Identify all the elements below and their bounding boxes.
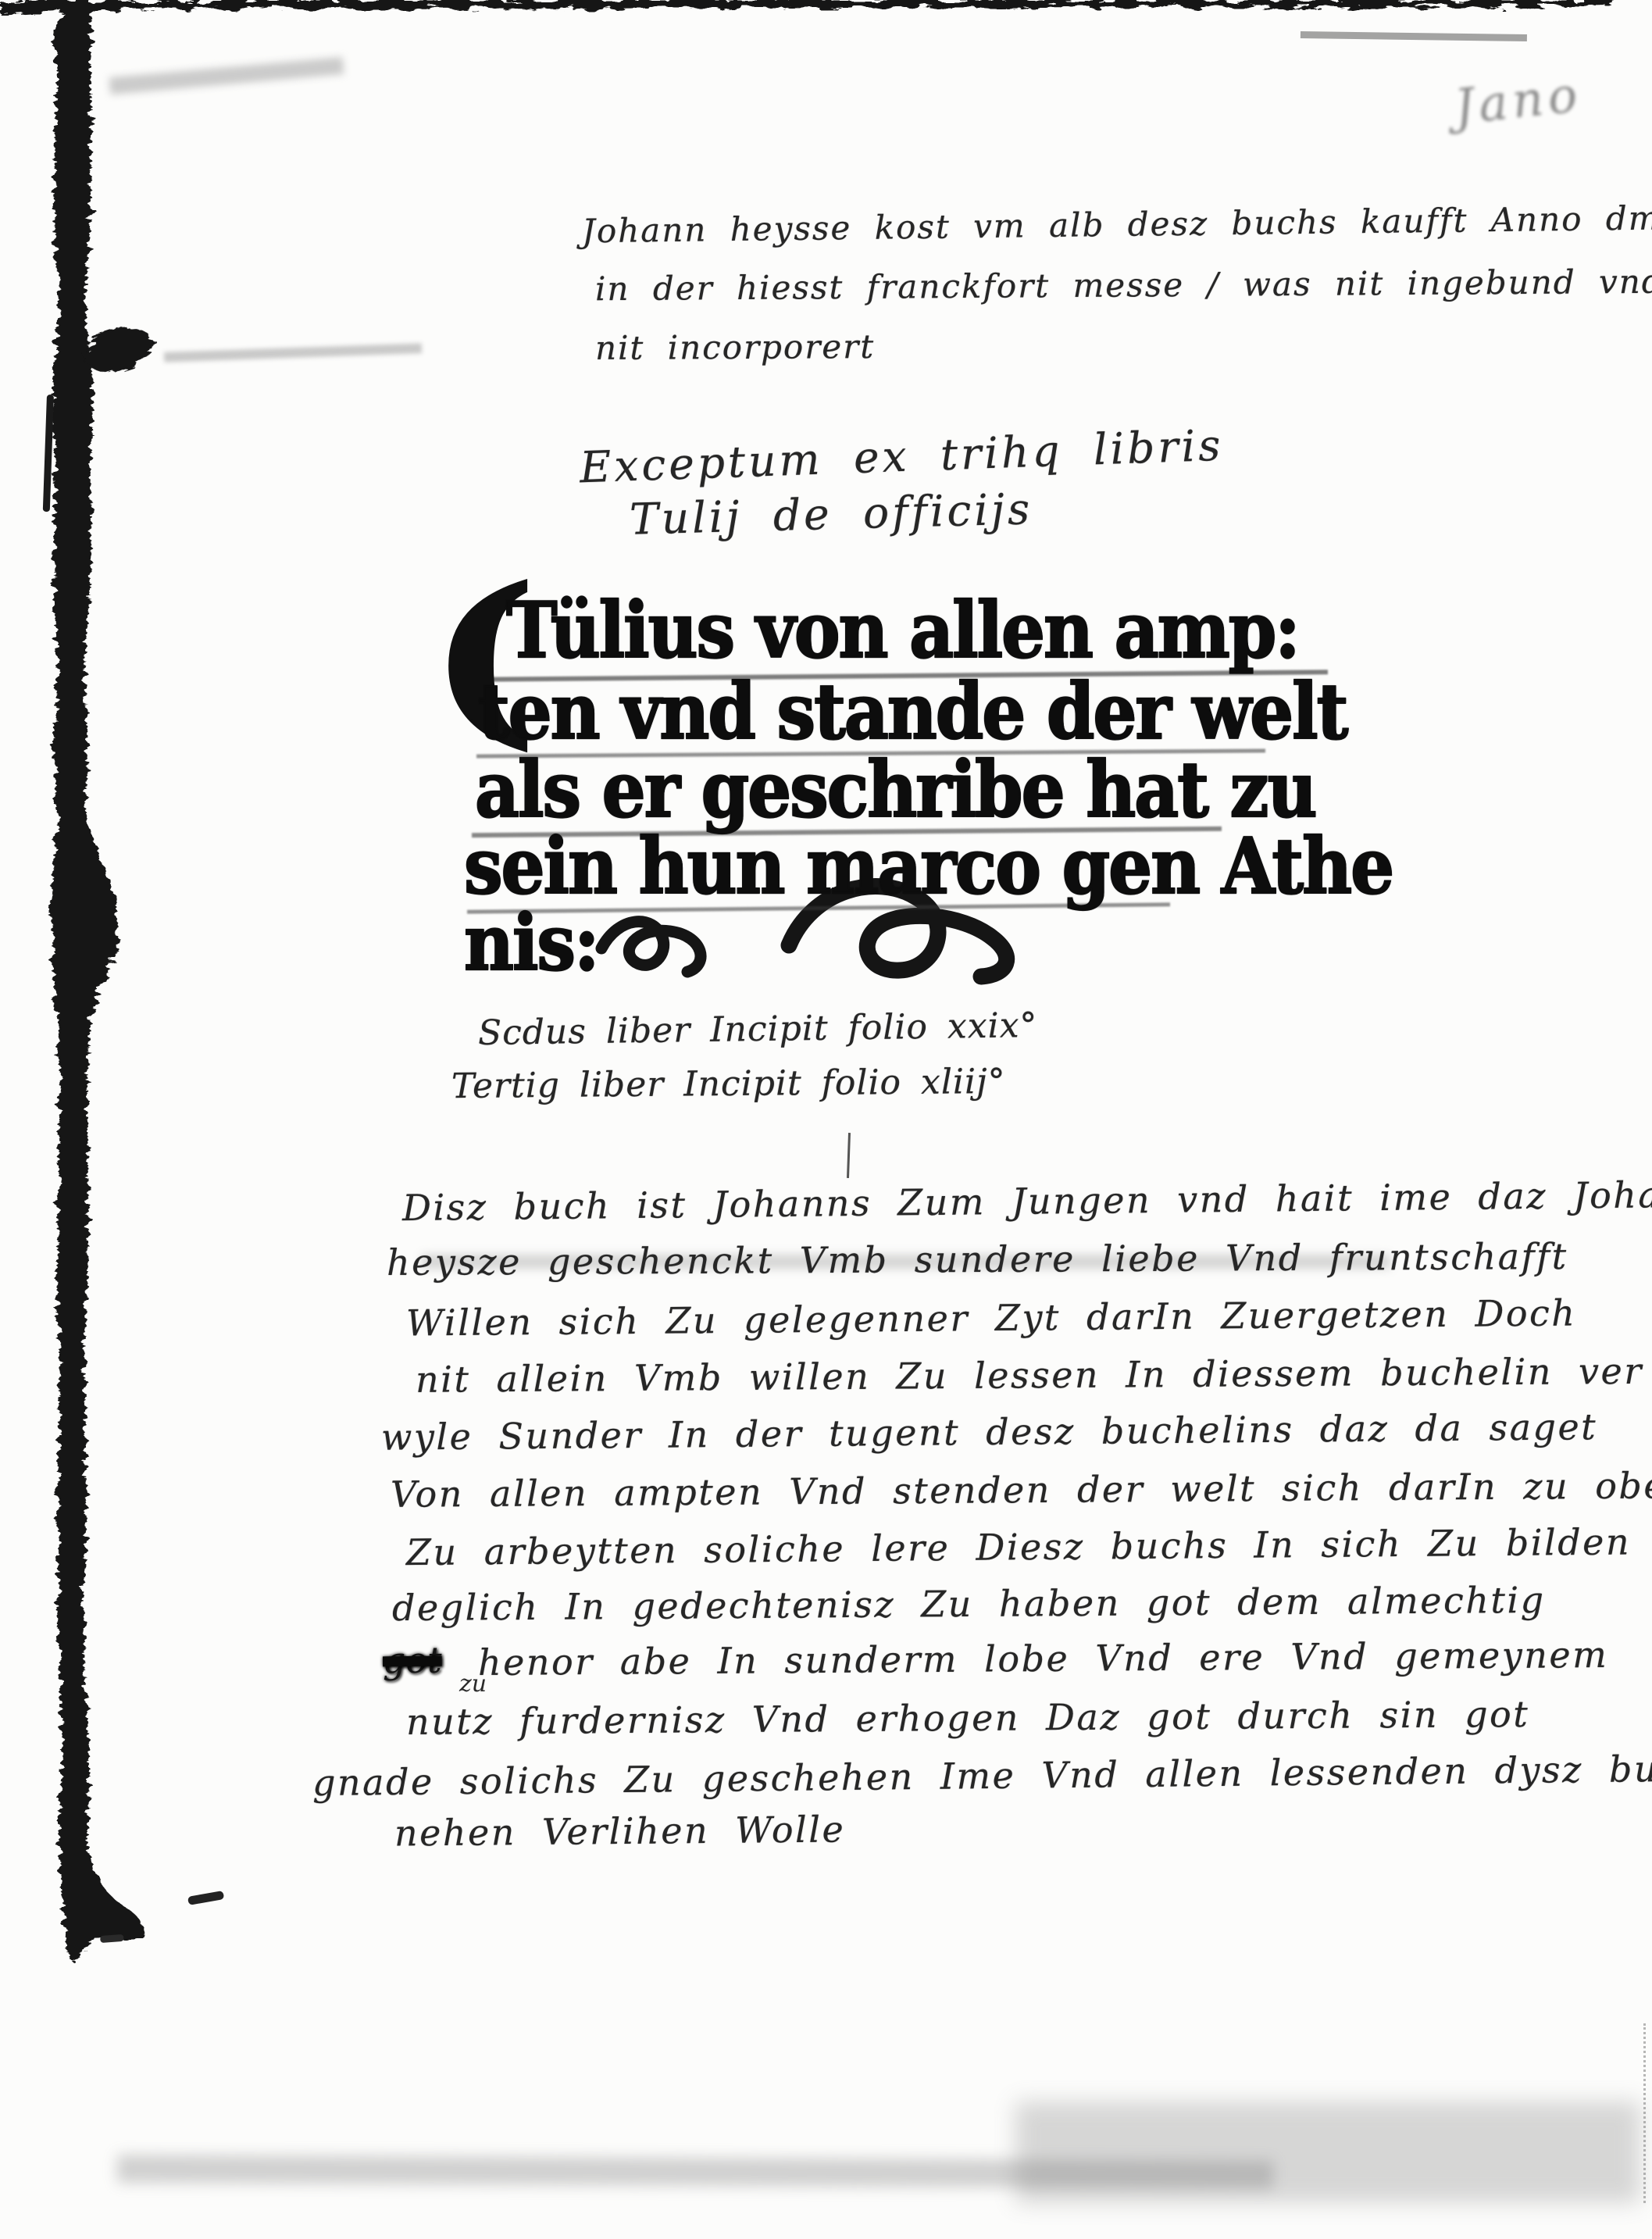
gift-note-line: deglich In gedechtenisz Zu haben got dem… [392, 1579, 1546, 1629]
bottom-right-smudge [1015, 2102, 1640, 2203]
gift-note-line: Willen sich Zu gelegenner Zyt darIn Zuer… [406, 1291, 1577, 1344]
manuscript-page: Jano Johann heysse kost vm alb desz buch… [0, 0, 1652, 2239]
gift-note-line: gnade solichs Zu geschehen Ime Vnd allen… [312, 1746, 1652, 1804]
inserted-word: zu [459, 1670, 487, 1698]
top-edge-shadow [0, 0, 1615, 41]
purchase-note-line: Johann heysse kost vm alb desz buchs kau… [582, 198, 1652, 251]
gift-note-line: Zu arbeytten soliche lere Diesz buchs In… [406, 1520, 1652, 1573]
strikethrough-word: got [383, 1639, 442, 1682]
printed-title-line: sein hun marco gen Athe [464, 820, 1393, 911]
gift-note-line: Disz buch ist Johanns Zum Jungen vnd hai… [402, 1173, 1652, 1229]
gift-note-line: nutz furdernisz Vnd erhogen Daz got durc… [406, 1693, 1530, 1743]
incipit-note-line: Tertig liber Incipit folio xliij° [451, 1062, 1006, 1106]
printed-title-line: nis: [464, 897, 598, 987]
top-right-owner-mark: Jano [1452, 66, 1585, 136]
purchase-note-line: in der hiesst franckfort messe / was nit… [595, 262, 1652, 309]
incipit-note-line: Scdus liber Incipit folio xxix° [478, 1005, 1038, 1053]
printed-title-line: Tülius von allen amp: [506, 584, 1299, 675]
excerpt-heading-line: Exceptum ex trihq libris [579, 420, 1224, 493]
top-left-smudge [109, 57, 344, 95]
purchase-note-line: nit incorporert [595, 327, 875, 367]
right-edge-dotted-line [1643, 2023, 1646, 2203]
gift-note-line: henor abe In sunderm lobe Vnd ere Vnd ge… [478, 1634, 1609, 1684]
bottom-smudge-band [117, 2155, 1273, 2189]
mid-left-smudge [164, 343, 422, 362]
printed-title-line: ten vnd stande der welt [478, 666, 1347, 756]
excerpt-heading-line: Tulij de officijs [629, 484, 1033, 544]
gift-note-line: Von allen ampten Vnd stenden der welt si… [391, 1464, 1652, 1516]
stray-pen-stroke [847, 1133, 851, 1178]
gift-note-line: nehen Verlihen Wolle [394, 1808, 846, 1854]
gift-note-line: wyle Sunder In der tugent desz buchelins… [381, 1405, 1598, 1459]
gift-note-line: heysze geschenckt Vmb sundere liebe Vnd … [387, 1235, 1568, 1284]
binding-gutter-shadow [43, 0, 224, 1961]
gift-note-line: nit allein Vmb willen Zu lessen In diess… [416, 1349, 1652, 1401]
